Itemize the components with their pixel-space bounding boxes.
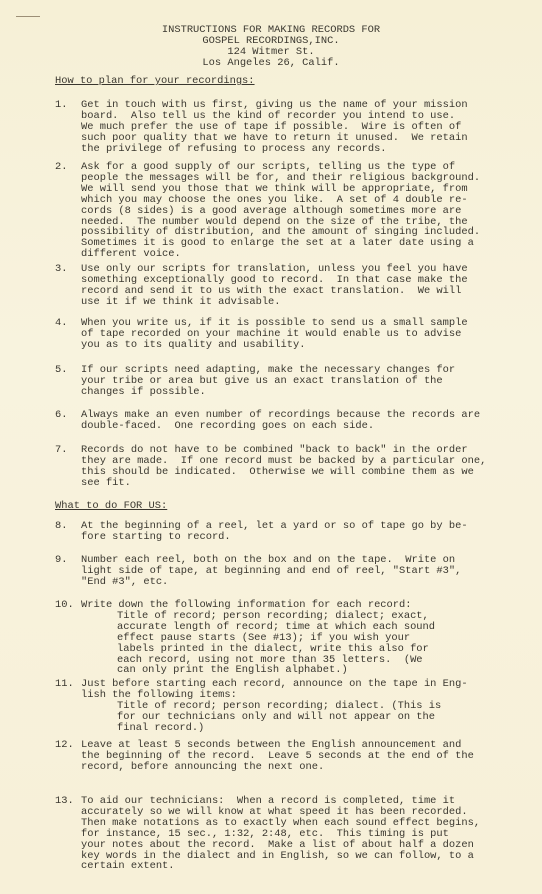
item-number: 4. (55, 318, 67, 329)
section-heading-plan: How to plan for your recordings: (55, 76, 255, 87)
item-text: To aid our technicians: When a record is… (81, 796, 480, 872)
item-text: When you write us, if it is possible to … (81, 318, 468, 351)
document-header: INSTRUCTIONS FOR MAKING RECORDS FOR GOSP… (0, 25, 542, 69)
pen-mark (16, 16, 40, 17)
text-line: double-faced. One recording goes on each… (81, 421, 480, 432)
sub-text-line: final record.) (81, 723, 468, 734)
text-line: which you may choose the ones you like. … (81, 195, 480, 206)
sub-text-line: for our technicians only and will not ap… (81, 712, 468, 723)
item-number: 11. (55, 679, 74, 690)
item-number: 13. (55, 796, 74, 807)
item-number: 3. (55, 264, 67, 275)
item-number: 12. (55, 740, 74, 751)
item-number: 2. (55, 162, 67, 173)
text-line: record, before announcing the next one. (81, 762, 474, 773)
text-line: see fit. (81, 478, 486, 489)
item-text: Records do not have to be combined "back… (81, 445, 486, 489)
sub-text-line: effect pause starts (See #13); if you wi… (81, 633, 435, 644)
header-city: Los Angeles 26, Calif. (0, 58, 542, 69)
text-line: such poor quality that we have to return… (81, 133, 468, 144)
text-line: "End #3", etc. (81, 577, 461, 588)
item-number: 6. (55, 410, 67, 421)
item-text: Get in touch with us first, giving us th… (81, 100, 468, 155)
section-heading-for-us: What to do FOR US: (55, 501, 167, 512)
document-page: INSTRUCTIONS FOR MAKING RECORDS FOR GOSP… (0, 0, 542, 894)
item-text: At the beginning of a reel, let a yard o… (81, 521, 468, 543)
item-number: 10. (55, 600, 74, 611)
text-line: cords (8 sides) is a good average althou… (81, 206, 480, 217)
item-number: 9. (55, 555, 67, 566)
text-line: this should be indicated. Otherwise we w… (81, 467, 486, 478)
item-text: Write down the following information for… (81, 600, 435, 676)
item-number: 7. (55, 445, 67, 456)
text-line: certain extent. (81, 861, 480, 872)
sub-text-line: labels printed in the dialect, write thi… (81, 644, 435, 655)
item-number: 8. (55, 521, 67, 532)
text-line: use it if we think it advisable. (81, 297, 468, 308)
text-line: your notes about the record. Make a list… (81, 840, 480, 851)
text-line: fore starting to record. (81, 532, 468, 543)
item-text: Leave at least 5 seconds between the Eng… (81, 740, 474, 773)
item-text: Ask for a good supply of our scripts, te… (81, 162, 480, 260)
text-line: you as to its quality and usability. (81, 340, 468, 351)
item-text: Just before starting each record, announ… (81, 679, 468, 734)
item-text: Always make an even number of recordings… (81, 410, 480, 432)
item-text: If our scripts need adapting, make the n… (81, 365, 455, 398)
item-text: Use only our scripts for translation, un… (81, 264, 468, 308)
text-line: different voice. (81, 249, 480, 260)
item-number: 5. (55, 365, 67, 376)
item-number: 1. (55, 100, 67, 111)
item-text: Number each reel, both on the box and on… (81, 555, 461, 588)
text-line: for instance, 15 sec., 1:32, 2:48, etc. … (81, 829, 480, 840)
sub-text-line: can only print the English alphabet.) (81, 665, 435, 676)
text-line: changes if possible. (81, 387, 455, 398)
text-line: the privilege of refusing to process any… (81, 144, 468, 155)
